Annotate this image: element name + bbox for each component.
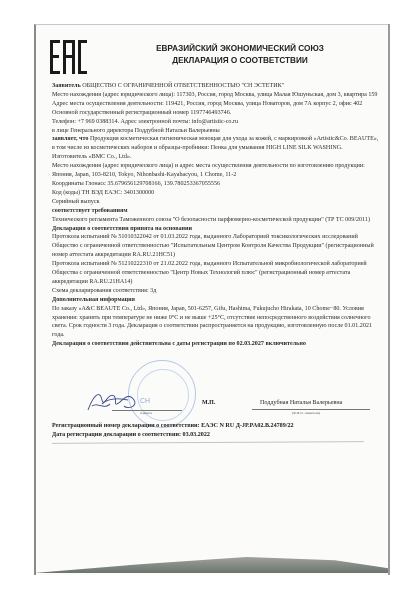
ogrn: Основной государственный регистрационный…	[52, 109, 380, 118]
declaration-scheme: Схема декларирования соответствия: 3д	[52, 287, 380, 296]
director: в лице Генерального директора Поддубной …	[52, 127, 380, 136]
signatory-caption: (Ф.И.О. заявителя)	[292, 411, 320, 415]
contacts: Телефон: +7 969 0388314. Адрес электронн…	[52, 118, 380, 127]
tn-ved-code: Код (коды) ТН ВЭД ЕАЭС: 3401300000	[52, 189, 380, 198]
signature-block: подпись М.П. Поддубная Наталья Валерьевн…	[52, 390, 380, 424]
stamp-mark: М.П.	[202, 400, 215, 406]
manufacturer-address: Место нахождения (адрес юридического лиц…	[52, 162, 380, 180]
compliance-text: Технического регламента Таможенного союз…	[52, 216, 380, 225]
protocol-1: Протокола испытаний № 51010322042 от 01.…	[52, 233, 380, 260]
validity-statement: Декларация о соответствии действительна …	[52, 340, 380, 349]
legal-address: Место нахождения (адрес юридического лиц…	[52, 91, 380, 100]
protocol-2: Протокола испытаний № 51210222310 от 21.…	[52, 260, 380, 287]
activity-address: Адрес места осуществления деятельности: …	[52, 100, 380, 109]
registration-block: Регистрационный номер декларации о соотв…	[52, 422, 380, 440]
basis-label: Декларация о соответствии принята на осн…	[52, 225, 380, 234]
signature-caption: подпись	[140, 411, 152, 415]
manufacturer: Изготовитель «BMC Co., Ltd».	[52, 153, 380, 162]
eac-mark-icon	[50, 38, 88, 76]
additional-label: Дополнительная информация	[52, 296, 380, 305]
production-type: Серийный выпуск	[52, 198, 380, 207]
compliance-label: соответствует требованиям	[52, 207, 380, 216]
applicant-line: Заявитель ОБЩЕСТВО С ОГРАНИЧЕННОЙ ОТВЕТС…	[52, 82, 380, 91]
declaration-body: Заявитель ОБЩЕСТВО С ОГРАНИЧЕННОЙ ОТВЕТС…	[52, 82, 380, 349]
registration-date: Дата регистрации декларации о соответств…	[52, 431, 380, 440]
signatory-line	[252, 409, 370, 410]
registration-number: Регистрационный номер декларации о соотв…	[52, 422, 380, 431]
declares-line: заявляет, что Продукция косметическая ги…	[52, 135, 380, 153]
additional-text: По заказу «A&C BEAUTE Co., Ltd», Япония,…	[52, 305, 380, 341]
coordinates: Координаты Глонасс 35.679656129708166, 1…	[52, 180, 380, 189]
document-header: ЕВРАЗИЙСКИЙ ЭКОНОМИЧЕСКИЙ СОЮЗ ДЕКЛАРАЦИ…	[120, 43, 360, 66]
signatory-name: Поддубная Наталья Валерьевна	[260, 400, 342, 406]
document-title: ДЕКЛАРАЦИЯ О СООТВЕТСТВИИ	[120, 55, 360, 67]
union-title: ЕВРАЗИЙСКИЙ ЭКОНОМИЧЕСКИЙ СОЮЗ	[120, 43, 360, 55]
